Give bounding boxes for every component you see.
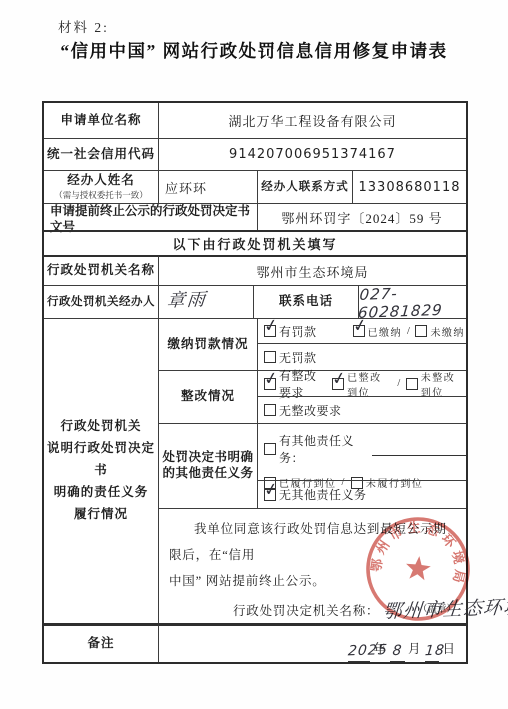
authority-name-label: 行政处罚机关名称 [44, 255, 158, 285]
agreement-line1: 我单位同意该行政处罚信息达到最短公示期限后，在“信用 [169, 516, 456, 568]
rectify-row-required: 有整改要求 已整改到位 / 未整改到位 [257, 370, 466, 396]
authority-phone-label: 联系电话 [253, 285, 358, 318]
remark-label: 备注 [44, 623, 158, 662]
fine-label: 缴纳罚款情况 [158, 318, 257, 370]
checkbox-no-rectify[interactable] [264, 404, 276, 416]
checkbox-has-other-duty[interactable] [264, 443, 276, 455]
authority-agent-handwriting: 章雨 [158, 285, 208, 313]
authority-agent-label: 行政处罚机关经办人 [44, 285, 158, 318]
duty-summary-line1: 行政处罚机关 [60, 416, 141, 438]
other-duty-label: 处罚决定书明确 的其他责任义务 [158, 423, 257, 508]
agency-signature-line: 行政处罚决定机关名称： 鄂州市生态环境局 （盖章） [169, 597, 456, 624]
other-duty-row-none: 无其他责任义务 [257, 480, 466, 508]
credit-code-label: 统一社会信用代码 [44, 138, 158, 170]
decision-doc-label: 申请提前终止公示的行政处罚决定书文号 [44, 203, 257, 230]
agent-name-note: （需与授权委托书一致） [54, 190, 148, 201]
applicant-name-label: 申请单位名称 [44, 103, 158, 138]
agreement-line2: 中国” 网站提前终止公示。 [169, 568, 456, 594]
separator: / [407, 326, 410, 337]
checkbox-no-other-duty[interactable] [264, 489, 276, 501]
fine-row-has: 有罚款 已缴纳 / 未缴纳 [257, 318, 466, 343]
duty-summary-line2: 说明行政处罚决定书 [44, 438, 158, 482]
rectify-row-none: 无整改要求 [257, 396, 466, 423]
application-table: 申请单位名称 湖北万华工程设备有限公司 统一社会信用代码 91420700695… [42, 101, 468, 664]
authority-agent-value[interactable]: 章雨 [158, 285, 253, 318]
checkbox-fine-unpaid[interactable] [415, 325, 427, 337]
checkbox-has-fine-label: 有罚款 [279, 323, 317, 340]
checkbox-rectify-done[interactable] [332, 378, 344, 390]
authority-phone-handwriting: 027-60281829 [357, 282, 468, 322]
checkbox-fine-paid-label: 已缴纳 [368, 324, 403, 339]
section-header: 以下由行政处罚机关填写 [44, 230, 466, 255]
agent-name-label: 经办人姓名 （需与授权委托书一致） [44, 170, 158, 203]
duty-summary-line3: 明确的责任义务 [54, 482, 149, 504]
agent-name-value[interactable]: 应环环 [158, 170, 257, 203]
page-title: “信用中国” 网站行政处罚信息信用修复申请表 [0, 38, 508, 63]
checkbox-no-rectify-label: 无整改要求 [279, 402, 342, 419]
checkbox-rectify-done-label: 已整改到位 [347, 369, 392, 399]
material-label: 材料 2: [58, 16, 109, 36]
checkbox-rectify-not-done[interactable] [406, 378, 418, 390]
checkbox-rectify-not-done-label: 未整改到位 [421, 369, 466, 399]
other-duty-row-has: 有其他责任义务： 已履行到位 / 未履行到位 [257, 423, 466, 480]
checkbox-rectify-required[interactable] [264, 378, 276, 390]
duty-summary-cell: 行政处罚机关 说明行政处罚决定书 明确的责任义务 履行情况 [44, 318, 158, 623]
checkbox-no-fine[interactable] [264, 351, 276, 363]
checkbox-no-other-duty-label: 无其他责任义务 [279, 486, 367, 503]
checkbox-has-fine[interactable] [264, 325, 276, 337]
rectify-label: 整改情况 [158, 370, 257, 423]
applicant-name-value: 湖北万华工程设备有限公司 [158, 103, 466, 138]
other-duty-label-line2: 的其他责任义务 [162, 466, 253, 482]
other-duty-label-line1: 处罚决定书明确 [162, 450, 253, 466]
agent-name-label-text: 经办人姓名 [67, 173, 135, 189]
checkbox-no-fine-label: 无罚款 [279, 349, 317, 366]
authority-phone-value[interactable]: 027-60281829 [358, 285, 466, 318]
checkbox-fine-unpaid-label: 未缴纳 [430, 324, 465, 339]
checkbox-fine-paid[interactable] [353, 325, 365, 337]
other-duty-line1: 有其他责任义务： [258, 432, 466, 466]
checkbox-has-other-duty-label: 有其他责任义务： [279, 432, 370, 466]
duty-summary-line4: 履行情况 [74, 504, 128, 526]
agent-contact-value[interactable]: 13308680118 [352, 170, 466, 203]
decision-doc-value: 鄂州环罚字〔2024〕59 号 [257, 203, 466, 230]
credit-code-value: 914207006951374167 [158, 138, 466, 170]
remark-value[interactable] [158, 623, 466, 662]
other-duty-blank-line[interactable] [372, 442, 466, 456]
separator: / [397, 378, 400, 389]
agreement-cell: 我单位同意该行政处罚信息达到最短公示期限后，在“信用 中国” 网站提前终止公示。… [158, 508, 466, 623]
authority-name-value: 鄂州市生态环境局 [158, 255, 466, 285]
scanned-form-page: 材料 2: “信用中国” 网站行政处罚信息信用修复申请表 申请单位名称 湖北万华… [0, 0, 508, 709]
agent-contact-label: 经办人联系方式 [257, 170, 352, 203]
agency-name-label: 行政处罚决定机关名称： [233, 598, 379, 624]
agency-name-underline[interactable]: 鄂州市生态环境局 [379, 606, 417, 624]
agency-name-handwriting: 鄂州市生态环境局 [382, 593, 508, 625]
